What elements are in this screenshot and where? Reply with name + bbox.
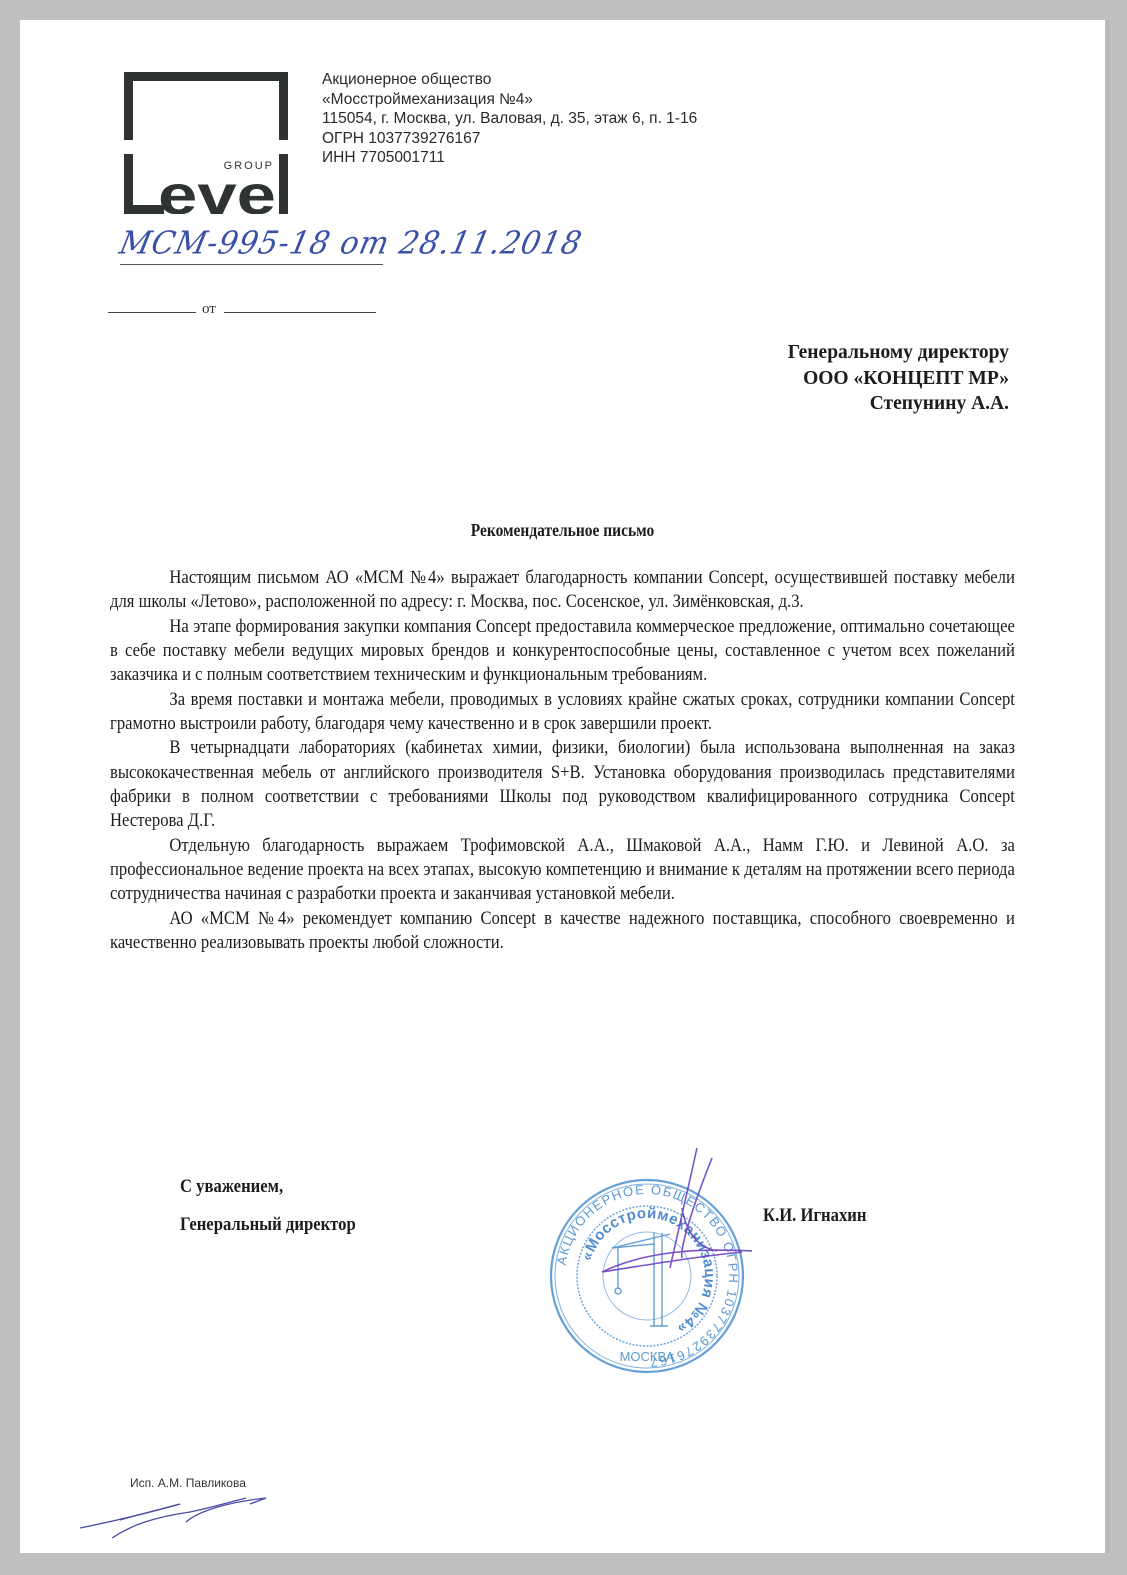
company-address: 115054, г. Москва, ул. Валовая, д. 35, э… bbox=[322, 109, 697, 129]
letter-title: Рекомендательное письмо bbox=[96, 520, 1029, 541]
addressee-position: Генеральному директору bbox=[788, 340, 1009, 366]
paragraph: В четырнадцати лабораториях (кабинетах х… bbox=[110, 736, 1015, 833]
letter-body: Настоящим письмом АО «МСМ №4» выражает б… bbox=[110, 566, 1015, 956]
logo-frame-icon: GROUP eve bbox=[124, 72, 288, 214]
svg-text:«Мосстроймеханизация №4»: «Мосстроймеханизация №4» bbox=[578, 1205, 718, 1337]
letter-page: GROUP eve Акционерное общество «Мосстрой… bbox=[20, 20, 1105, 1553]
paragraph: АО «МСМ №4» рекомендует компанию Concept… bbox=[110, 907, 1015, 956]
executor-signature-icon bbox=[80, 1490, 280, 1540]
company-inn: ИНН 7705001711 bbox=[322, 148, 697, 168]
signer-position: Генеральный директор bbox=[180, 1206, 356, 1244]
svg-text:eve: eve bbox=[158, 163, 276, 214]
executor-signature bbox=[80, 1490, 280, 1540]
ref-separator: от bbox=[202, 301, 216, 317]
blank-reference-line: от bbox=[108, 298, 376, 318]
closing-block: С уважением, Генеральный директор bbox=[180, 1168, 375, 1244]
crane-icon bbox=[612, 1233, 670, 1326]
reg-underline bbox=[120, 264, 383, 265]
addressee-company: ООО «КОНЦЕПТ МР» bbox=[788, 366, 1009, 392]
salutation: С уважением, bbox=[180, 1168, 356, 1206]
signer-name: К.И. Игнахин bbox=[763, 1206, 866, 1227]
paragraph: Настоящим письмом АО «МСМ №4» выражает б… bbox=[110, 566, 1015, 615]
company-stamp: АКЦИОНЕРНОЕ ОБЩЕСТВО ОГРН 1037739276167 … bbox=[542, 1148, 752, 1376]
company-type: Акционерное общество bbox=[322, 70, 697, 90]
paragraph: Отдельную благодарность выражаем Трофимо… bbox=[110, 834, 1015, 907]
company-name: «Мосстроймеханизация №4» bbox=[322, 90, 697, 110]
blank-date-field bbox=[224, 298, 376, 313]
company-info: Акционерное общество «Мосстроймеханизаци… bbox=[322, 70, 697, 168]
executor-label: Исп. А.М. Павликова bbox=[130, 1476, 246, 1490]
level-group-logo: GROUP eve bbox=[124, 72, 288, 214]
paragraph: На этапе формирования закупки компания C… bbox=[110, 615, 1015, 688]
company-ogrn: ОГРН 1037739276167 bbox=[322, 129, 697, 149]
addressee-block: Генеральному директору ООО «КОНЦЕПТ МР» … bbox=[788, 340, 1009, 417]
svg-text:МОСКВА: МОСКВА bbox=[620, 1349, 675, 1364]
reg-number-text: МСМ-995-18 от 28.11.2018 bbox=[116, 225, 585, 262]
round-stamp-icon: АКЦИОНЕРНОЕ ОБЩЕСТВО ОГРН 1037739276167 … bbox=[542, 1148, 752, 1376]
handwritten-reg-number: МСМ-995-18 от 28.11.2018 bbox=[120, 223, 560, 273]
paragraph: За время поставки и монтажа мебели, пров… bbox=[110, 688, 1015, 737]
addressee-name: Степунину А.А. bbox=[788, 391, 1009, 417]
blank-number-field bbox=[108, 298, 196, 313]
